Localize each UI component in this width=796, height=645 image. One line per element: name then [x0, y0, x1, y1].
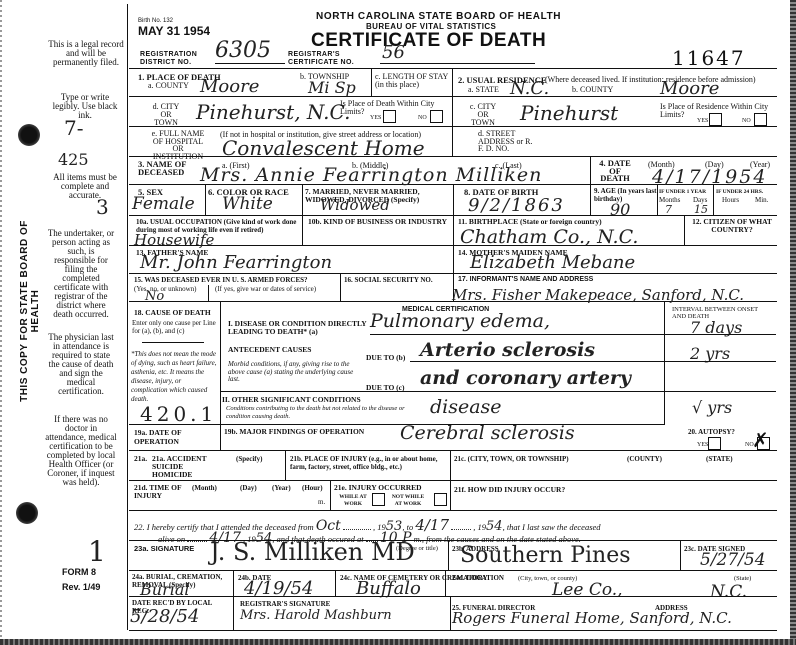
paper-right-edge [790, 0, 796, 645]
col-line [680, 540, 681, 570]
hospital-value: Convalescent Home [222, 136, 425, 160]
injury-day-label: (Day) [240, 484, 257, 492]
row-line [129, 450, 777, 451]
residence-city-value: Pinehurst [520, 101, 618, 125]
m-label: m. [318, 498, 325, 506]
residence-within-limits-no-checkbox[interactable] [754, 113, 767, 126]
under-24-hours-label: IF UNDER 24 HRS. [716, 188, 763, 196]
col-line [371, 68, 372, 96]
col-line [335, 570, 336, 596]
registrar-signature[interactable]: Mrs. Harold Mashburn [240, 608, 392, 623]
how-injury-occurred-label: 21f. HOW DID INJURY OCCUR? [454, 486, 565, 495]
registrar-certificate-label: REGISTRAR'S CERTIFICATE NO. [288, 51, 380, 67]
paper-bottom-edge [0, 639, 796, 645]
date-of-death-value: 4/17/1954 [652, 166, 767, 188]
funeral-director-value: Rogers Funeral Home, Sanford, N.C. [452, 609, 732, 627]
col-line [233, 570, 234, 630]
cause-line [410, 361, 776, 362]
form-bottom-border [129, 630, 777, 631]
margin-handwritten-7: 7- [64, 116, 83, 140]
residence-hint: (Where deceased lived. If institution: r… [545, 76, 756, 84]
yes-label: YES [697, 441, 708, 449]
months-value: 7 [665, 203, 672, 216]
legal-record-note: This is a legal record and will be perma… [46, 40, 126, 67]
death-city-label: d. CITY OR TOWN [148, 103, 184, 127]
residence-city-label: c. CITY OR TOWN [465, 103, 501, 127]
other-conditions-value: disease [430, 396, 502, 418]
death-within-limits-yes-checkbox[interactable] [383, 110, 396, 123]
no-label: NO [418, 114, 427, 122]
operation-findings-label: 19b. MAJOR FINDINGS OF OPERATION [224, 428, 364, 437]
col-line [340, 273, 341, 301]
antecedent-causes-label: ANTECEDENT CAUSES [228, 346, 311, 355]
row-line [129, 68, 777, 69]
underline [380, 63, 535, 64]
signature-label: 23a. SIGNATURE [134, 545, 194, 554]
autopsy-no-checkmark-icon: ✗ [752, 428, 769, 452]
margin-handwritten-425: 425 [58, 150, 89, 169]
col-line [330, 480, 331, 510]
physician-address-value: Southern Pines [460, 543, 631, 568]
col-line [713, 184, 714, 215]
col-line [452, 68, 453, 156]
autopsy-label: 20. AUTOPSY? [688, 428, 735, 437]
hours-label: Hours [722, 196, 739, 204]
not-while-at-work-checkbox[interactable] [434, 493, 447, 506]
cause-of-death-label: 18. CAUSE OF DEATH [134, 309, 211, 318]
section-line [220, 391, 410, 392]
row-line [129, 480, 777, 481]
residence-county-label: b. COUNTY [572, 86, 613, 94]
street-address-label: d. STREET ADDRESS or R. F. D. NO. [478, 130, 538, 153]
armed-forces-hint: (Yes, no, or unknown) [134, 285, 196, 293]
type-legibly-note: Type or write legibly. Use black ink. [50, 93, 120, 120]
time-of-injury-label: 21d. TIME OF INJURY [134, 484, 194, 500]
service-dates-label: (If yes, give war or dates of service) [215, 285, 316, 293]
death-city-value: Pinehurst, N.C. [196, 100, 350, 124]
yes-label: YES [697, 117, 708, 125]
col-line [453, 184, 454, 215]
occupation-value: Housewife [134, 231, 214, 249]
date-of-death-label: 4. DATE OF DEATH [594, 160, 636, 183]
deceased-name-value: Mrs. Annie Fearrington Milliken [200, 164, 542, 186]
county-label: a. COUNTY [148, 82, 189, 90]
paper-left-edge [0, 0, 2, 645]
accident-label-num: 21a. [134, 455, 147, 464]
col-line [208, 285, 209, 301]
residence-state-label: a. STATE [468, 86, 499, 94]
while-at-work-label: WHILE AT WORK [338, 494, 368, 507]
form-left-border [127, 4, 128, 630]
cause-line [370, 334, 776, 335]
col-line [448, 540, 449, 570]
injury-occurred-label: 21e. INJURY OCCURRED [334, 484, 422, 493]
armed-forces-label: 15. WAS DECEASED EVER IN U. S. ARMED FOR… [134, 276, 308, 285]
under-one-year-label: IF UNDER 1 YEAR [659, 188, 706, 196]
armed-forces-value: No [145, 289, 164, 304]
certificate-title: CERTIFICATE OF DEATH [311, 30, 546, 52]
injury-city-label: 21c. (CITY, TOWN, OR TOWNSHIP) [454, 455, 569, 464]
burial-state-value: N.C. [710, 582, 747, 602]
age-value: 90 [610, 200, 630, 219]
margin-handwritten-1: 1 [88, 535, 106, 568]
antecedent-hint: Morbid conditions, if any, giving rise t… [228, 361, 363, 384]
no-label: NO [742, 117, 751, 125]
death-county-value: Moore [200, 76, 259, 97]
father-name-value: Mr. John Fearrington [140, 252, 332, 273]
certificate-serial-number: 11647 [672, 46, 746, 70]
binder-hole-top [18, 124, 40, 146]
race-value: White [222, 194, 273, 214]
injury-state-label: (STATE) [706, 455, 733, 464]
hospital-label: e. FULL NAME OF HOSPITAL OR INSTITUTION [148, 130, 208, 160]
date-of-birth-value: 9/2/1863 [468, 195, 565, 216]
operation-findings-value: Cerebral sclerosis [400, 422, 575, 444]
date-signed-value: 5/27/54 [700, 550, 766, 570]
cause-b-value: Arterio sclerosis [420, 339, 595, 361]
burial-location-value: Lee Co., [552, 580, 623, 600]
birthplace-value: Chatham Co., N.C. [460, 226, 638, 248]
divider [142, 342, 204, 343]
other-conditions-hint: Conditions contributing to the death but… [226, 405, 406, 420]
death-within-limits-no-checkbox[interactable] [430, 110, 443, 123]
physician-note: The physician last in attendance is requ… [46, 333, 116, 396]
interval-other-value: √ yrs [692, 398, 732, 417]
col-line [205, 184, 206, 215]
citizenship-label: 12. CITIZEN OF WHAT COUNTRY? [688, 218, 776, 234]
marital-status-value: Widowed [320, 196, 390, 214]
margin-handwritten-3: 3 [96, 195, 109, 219]
due-to-b-label: DUE TO (b) [366, 354, 405, 363]
injury-year-label: (Year) [272, 484, 291, 492]
col-line [450, 596, 451, 630]
registration-district-label: REGISTRATION DISTRICT NO. [140, 51, 216, 67]
residence-within-limits-yes-checkbox[interactable] [709, 113, 722, 126]
state-board-copy-label: THIS COPY FOR STATE BOARD OF HEALTH [19, 201, 41, 421]
injury-month-label: (Month) [192, 484, 217, 492]
registrar-certificate-value: 56 [382, 42, 405, 63]
mother-maiden-name-value: Elizabeth Mebane [470, 252, 635, 273]
col-line [684, 215, 685, 245]
col-line [664, 301, 665, 425]
form-revision: Rev. 1/49 [62, 582, 100, 592]
death-township-value: Mi Sp [308, 78, 356, 97]
accident-suicide-homicide-label: 21a. ACCIDENT SUICIDE HOMICIDE [152, 455, 212, 479]
complete-accurate-note: All items must be complete and accurate. [50, 173, 120, 200]
underline [215, 63, 285, 64]
row-line [129, 596, 777, 597]
injury-hour-label: (Hour) [302, 484, 323, 492]
not-while-at-work-label: NOT WHILE AT WORK [390, 494, 426, 507]
degree-label: (Degree or title) [396, 545, 438, 553]
while-at-work-checkbox[interactable] [372, 493, 385, 506]
dotted-fill [187, 541, 207, 542]
autopsy-yes-checkbox[interactable] [708, 437, 721, 450]
minutes-label: Min. [755, 196, 768, 204]
injury-county-label: (COUNTY) [627, 455, 662, 464]
registration-district-value: 6305 [215, 38, 271, 63]
residence-state-value: N.C. [510, 78, 549, 99]
received-stamp-date: MAY 31 1954 [138, 24, 210, 38]
undertaker-note: The undertaker, or person acting as such… [46, 229, 116, 319]
col-line [285, 450, 286, 480]
yes-label: YES [370, 114, 381, 122]
date-received-value: 5/28/54 [130, 606, 199, 627]
col-line [302, 215, 303, 245]
board-name: NORTH CAROLINA STATE BOARD OF HEALTH [316, 11, 561, 22]
cause-c-value: and coronary artery [420, 367, 631, 389]
specify-label: (Specify) [236, 455, 262, 464]
deceased-name-label: 3. NAME OF DECEASED [138, 160, 188, 176]
other-conditions-label: II. OTHER SIGNIFICANT CONDITIONS [222, 396, 361, 405]
days-value: 15 [694, 203, 708, 216]
binder-hole-bottom [16, 502, 38, 524]
certify-text: alive on [158, 534, 185, 544]
length-of-stay-label: c. LENGTH OF STAY (in this place) [375, 73, 450, 89]
form-number: FORM 8 [62, 567, 96, 577]
social-security-label: 16. SOCIAL SECURITY NO. [344, 276, 433, 285]
col-line [302, 184, 303, 215]
residence-county-value: Moore [660, 78, 719, 99]
col-line [220, 301, 221, 450]
col-line [590, 156, 591, 215]
sex-value: Female [132, 194, 195, 214]
burial-location-label: 24d. LOCATION [452, 574, 504, 583]
row-line [129, 424, 665, 425]
disease-condition-label: I. DISEASE OR CONDITION DIRECTLY LEADING… [228, 320, 368, 335]
row-line [129, 126, 777, 127]
cause-line [410, 391, 776, 392]
business-label: 10b. KIND OF BUSINESS OR INDUSTRY [308, 218, 448, 226]
row-line [129, 510, 777, 511]
cause-footnote: *This does not mean the mode of dying, s… [131, 350, 219, 404]
cause-a-value: Pulmonary edema, [370, 310, 550, 332]
informant-label: 17. INFORMANT'S NAME AND ADDRESS [458, 276, 593, 285]
cause-code-value: 420.1 [140, 402, 217, 426]
no-doctor-note: If there was no doctor in attendance, me… [44, 415, 118, 487]
operation-date-label: 19a. DATE OF OPERATION [134, 428, 218, 446]
cause-hint: Enter only one cause per Line for (a), (… [132, 320, 220, 335]
row-line [129, 570, 777, 571]
place-of-injury-label: 21b. PLACE OF INJURY (e.g., in or about … [290, 455, 450, 471]
physician-signature[interactable]: J. S. Milliken MD [210, 538, 415, 566]
informant-value: Mrs. Fisher Makepeace, Sanford, N.C. [452, 286, 744, 304]
